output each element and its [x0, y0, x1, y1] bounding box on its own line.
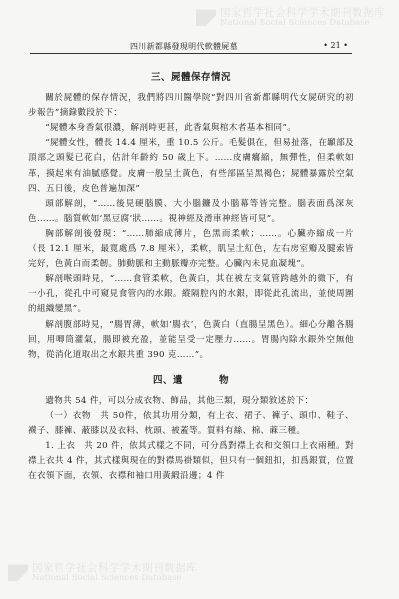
paragraph: 解剖腹部時見，“腸胃薄，軟如‘腸衣’，色黃白（直腸呈黑色）。細心分離各腸回，用唧…: [28, 318, 354, 363]
paragraph: 關於屍體的保存情況，我們將四川醫學院“對四川省新都縣明代女屍研究的初步報告”摘錄…: [28, 91, 354, 121]
database-logo-icon: [8, 564, 28, 581]
watermark-bottom: 国家哲学社会科学学术期刊数据库 National Social Sciences…: [8, 563, 197, 583]
section-title-4-part1: 四、遺: [153, 375, 183, 386]
page-number: • 21 •: [323, 41, 348, 50]
running-title: 四川新都縣發現明代軟體屍墓: [130, 41, 238, 52]
paragraph: “屍體女性，體長 14.4 厘米，重 10.5 公斤。毛髮俱在，但易扯落，在顳部…: [28, 136, 354, 196]
watermark-top: 国家哲学社会科学学术期刊数据库 National Social Sciences…: [196, 8, 385, 28]
paragraph: 遺物共 54 件，可以分成衣物、飾品，其他三類，現分類敘述於下：: [28, 394, 354, 409]
paragraph: 1. 上衣 共 20 件，依其式樣之不同，可分爲對襟上衣和交領口上衣兩種。對襟上…: [28, 439, 354, 484]
paragraph: 解剖喉頭時見，“……食管柔軟，色黃白，其在被左支氣管跨越外的微下，有一小孔，從孔…: [28, 272, 354, 317]
paragraph: 胸部解剖後發現：“……肺縮成薄片，色黑而柔軟；……。心臟亦縮成一片（長 12.1…: [28, 227, 354, 272]
watermark-en: National Social Sciences Database: [32, 574, 197, 583]
paragraph: “屍體本身香氣很濃，解剖時更甚，此香氣與棺木者基本相同”。: [28, 121, 354, 136]
watermark-en: National Social Sciences Database: [220, 19, 385, 28]
section-title-3: 三、屍體保存情況: [28, 70, 354, 85]
paragraph: （一）衣物 共 50件，依其功用分類，有上衣、裙子、褲子、頭巾、鞋子、襪子、膝褲…: [28, 409, 354, 439]
section-title-4-part2: 物: [219, 375, 229, 386]
database-logo-icon: [196, 9, 216, 26]
page-body: 三、屍體保存情況 關於屍體的保存情況，我們將四川醫學院“對四川省新都縣明代女屍研…: [28, 70, 354, 484]
section-title-4: 四、遺物: [28, 373, 354, 388]
page-header: 四川新都縣發現明代軟體屍墓 • 21 •: [30, 39, 352, 54]
paragraph: 頭部解剖，“……後見硬腦膜、大小腦鐮及小腦幕等皆完整。腦表面爲深灰色……。腦質軟…: [28, 197, 354, 227]
